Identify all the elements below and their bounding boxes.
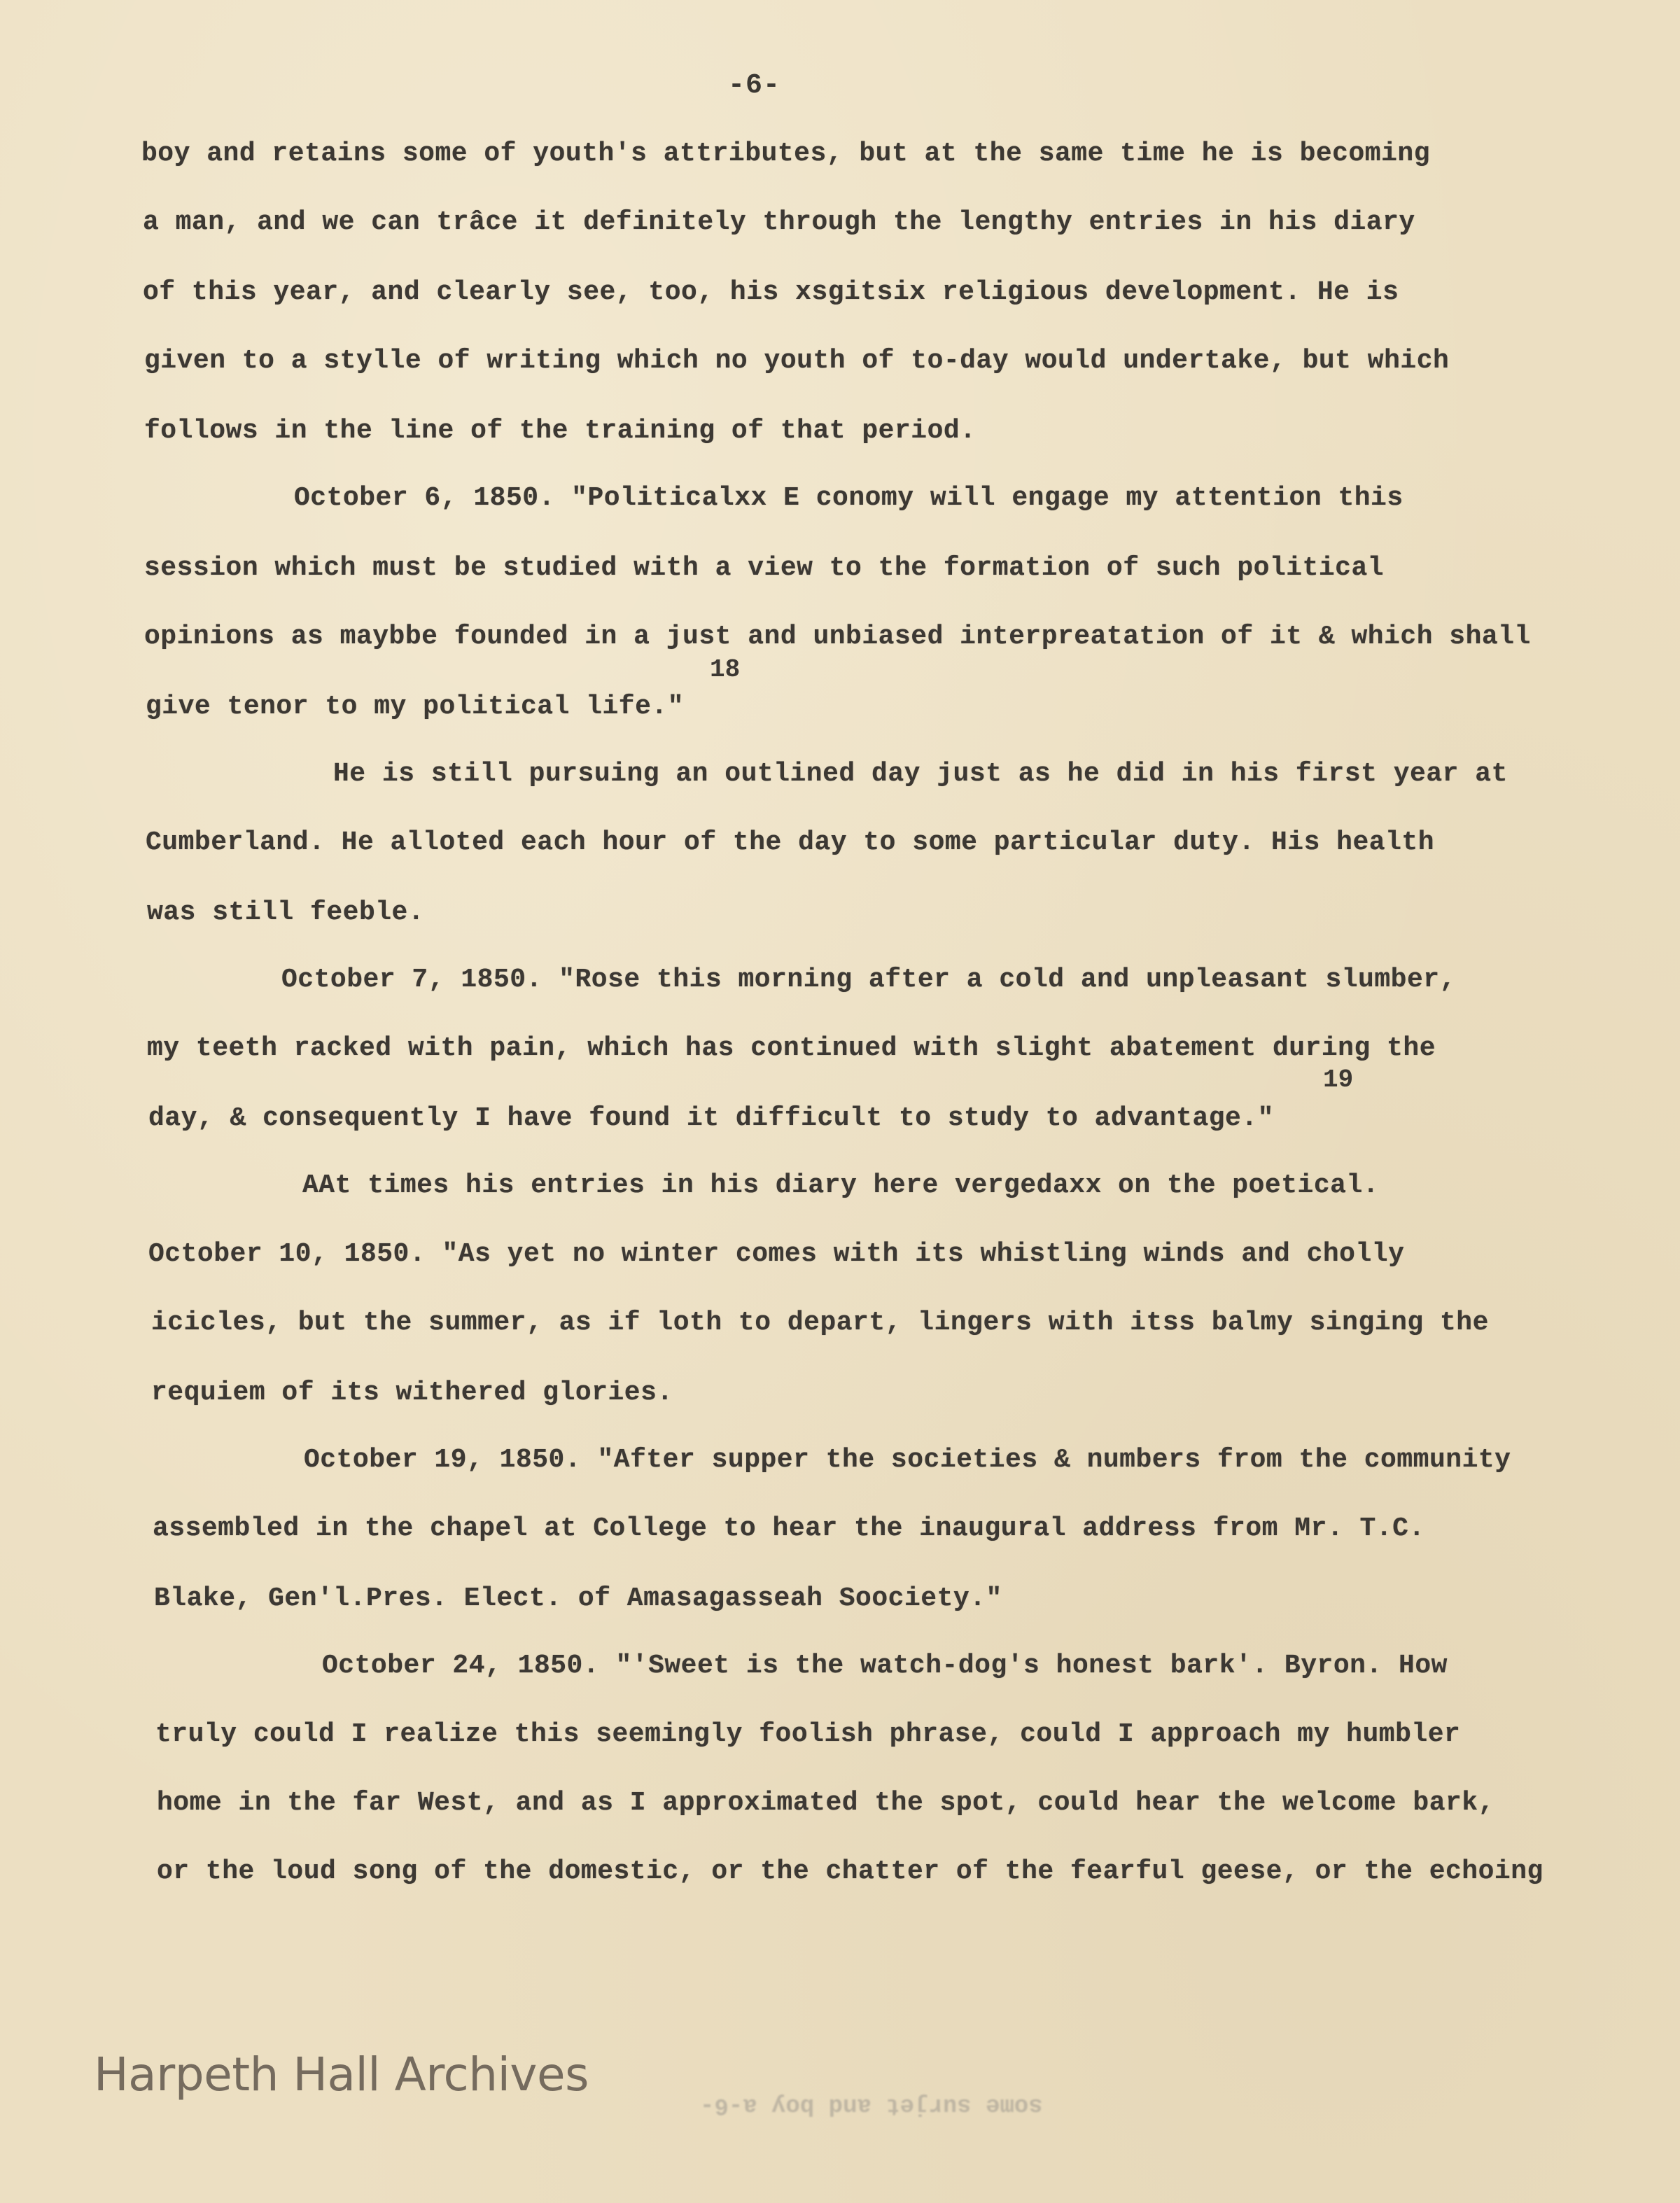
text-line: give tenor to my political life." [146,692,684,722]
text-line: of this year, and clearly see, too, his … [143,277,1399,307]
text-line: opinions as maybbe founded in a just and… [144,622,1531,652]
text-line: boy and retains some of youth's attribut… [141,139,1430,169]
footnote-marker-19: 19 [1323,1065,1353,1094]
text-line: He is still pursuing an outlined day jus… [333,759,1508,789]
archive-watermark: Harpeth Hall Archives [94,2048,589,2101]
text-line: or the loud song of the domestic, or the… [157,1856,1543,1887]
diary-entry-oct-10: October 10, 1850. "As yet no winter come… [148,1239,1404,1269]
page-number: -6- [728,70,780,102]
text-line: Blake, Gen'l.Pres. Elect. of Amasagassea… [154,1583,1002,1614]
diary-entry-oct-7: October 7, 1850. "Rose this morning afte… [281,965,1456,995]
text-line: requiem of its withered glories. [151,1378,673,1408]
footnote-marker-18: 18 [710,655,740,684]
text-line: day, & consequently I have found it diff… [148,1103,1274,1133]
text-line: a man, and we can trâce it definitely th… [143,207,1415,237]
text-line: my teeth racked with pain, which has con… [147,1033,1436,1063]
text-line: Cumberland. He alloted each hour of the … [146,827,1434,858]
bleed-through-text: some surjet and boy a-6- [700,2092,1043,2118]
document-page: -6- boy and retains some of youth's attr… [0,0,1680,2203]
diary-entry-oct-19: October 19, 1850. "After supper the soci… [304,1445,1511,1475]
text-line: AAt times his entries in his diary here … [302,1170,1379,1201]
text-line: assembled in the chapel at College to he… [153,1513,1425,1544]
diary-entry-oct-24: October 24, 1850. "'Sweet is the watch-d… [322,1651,1448,1681]
text-line: session which must be studied with a vie… [144,553,1384,583]
text-line: home in the far West, and as I approxima… [157,1788,1494,1818]
text-line: follows in the line of the training of t… [144,416,976,446]
text-line: given to a stylle of writing which no yo… [144,346,1449,376]
text-line: icicles, but the summer, as if loth to d… [151,1308,1489,1338]
text-line: was still feeble. [147,897,424,928]
diary-entry-oct-6: October 6, 1850. "Politicalxx E conomy w… [294,483,1403,513]
text-line: truly could I realize this seemingly foo… [155,1719,1460,1749]
